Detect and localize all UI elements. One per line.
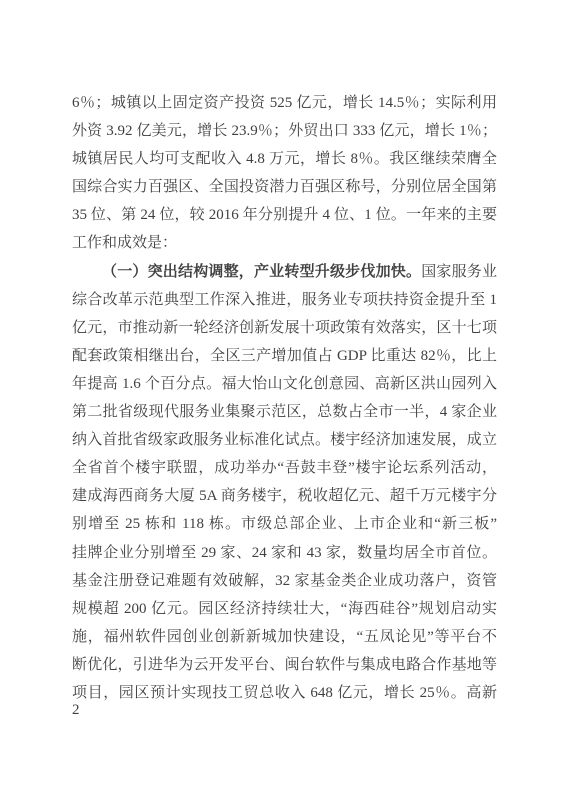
text-line: 亿元，市推动新一轮经济创新发展十项政策有效落实，区十七项 <box>72 314 497 342</box>
page-number: 2 <box>72 700 80 720</box>
text-line: 第二批省级现代服务业集聚示范区，总数占全市一半，4 家企业 <box>72 398 497 426</box>
text-line: 工作和成效是： <box>72 229 497 257</box>
text-line-rest: 国家服务业 <box>421 264 497 280</box>
section-heading: （一）突出结构调整，产业转型升级步伐加快。 <box>102 264 421 280</box>
text-line: 全省首个楼宇联盟，成功举办“吾鼓丰登”楼宇论坛系列活动， <box>72 454 497 482</box>
body-text: 6％；城镇以上固定资产投资 525 亿元，增长 14.5％；实际利用外资 3.9… <box>72 89 497 707</box>
text-line: 国综合实力百强区、全国投资潜力百强区称号，分别位居全国第 <box>72 173 497 201</box>
text-line: 城镇居民人均可支配收入 4.8 万元，增长 8％。我区继续荣膺全 <box>72 145 497 173</box>
text-line: 年提高 1.6 个百分点。福大怡山文化创意园、高新区洪山园列入 <box>72 370 497 398</box>
text-line: 基金注册登记难题有效破解，32 家基金类企业成功落户，资管 <box>72 567 497 595</box>
text-line: 建成海西商务大厦 5A 商务楼宇，税收超亿元、超千万元楼宇分 <box>72 482 497 510</box>
text-line: 外资 3.92 亿美元，增长 23.9％；外贸出口 333 亿元，增长 1％； <box>72 117 497 145</box>
text-line: 项目，园区预计实现技工贸总收入 648 亿元，增长 25％。高新 <box>72 679 497 707</box>
text-line: 35 位、第 24 位，较 2016 年分别提升 4 位、1 位。一年来的主要 <box>72 201 497 229</box>
document-page: 6％；城镇以上固定资产投资 525 亿元，增长 14.5％；实际利用外资 3.9… <box>0 0 565 800</box>
text-line: 断优化，引进华为云开发平台、闽台软件与集成电路合作基地等 <box>72 651 497 679</box>
text-line: （一）突出结构调整，产业转型升级步伐加快。国家服务业 <box>72 258 497 286</box>
text-line: 别增至 25 栋和 118 栋。市级总部企业、上市企业和“新三板” <box>72 510 497 538</box>
text-line: 综合改革示范典型工作深入推进，服务业专项扶持资金提升至 1 <box>72 286 497 314</box>
text-line: 挂牌企业分别增至 29 家、24 家和 43 家，数量均居全市首位。 <box>72 539 497 567</box>
text-line: 纳入首批省级家政服务业标准化试点。楼宇经济加速发展，成立 <box>72 426 497 454</box>
text-line: 配套政策相继出台，全区三产增加值占 GDP 比重达 82％，比上 <box>72 342 497 370</box>
text-line: 施，福州软件园创业创新新城加快建设，“五凤论见”等平台不 <box>72 623 497 651</box>
text-line: 6％；城镇以上固定资产投资 525 亿元，增长 14.5％；实际利用 <box>72 89 497 117</box>
text-line: 规模超 200 亿元。园区经济持续壮大，“海西硅谷”规划启动实 <box>72 595 497 623</box>
